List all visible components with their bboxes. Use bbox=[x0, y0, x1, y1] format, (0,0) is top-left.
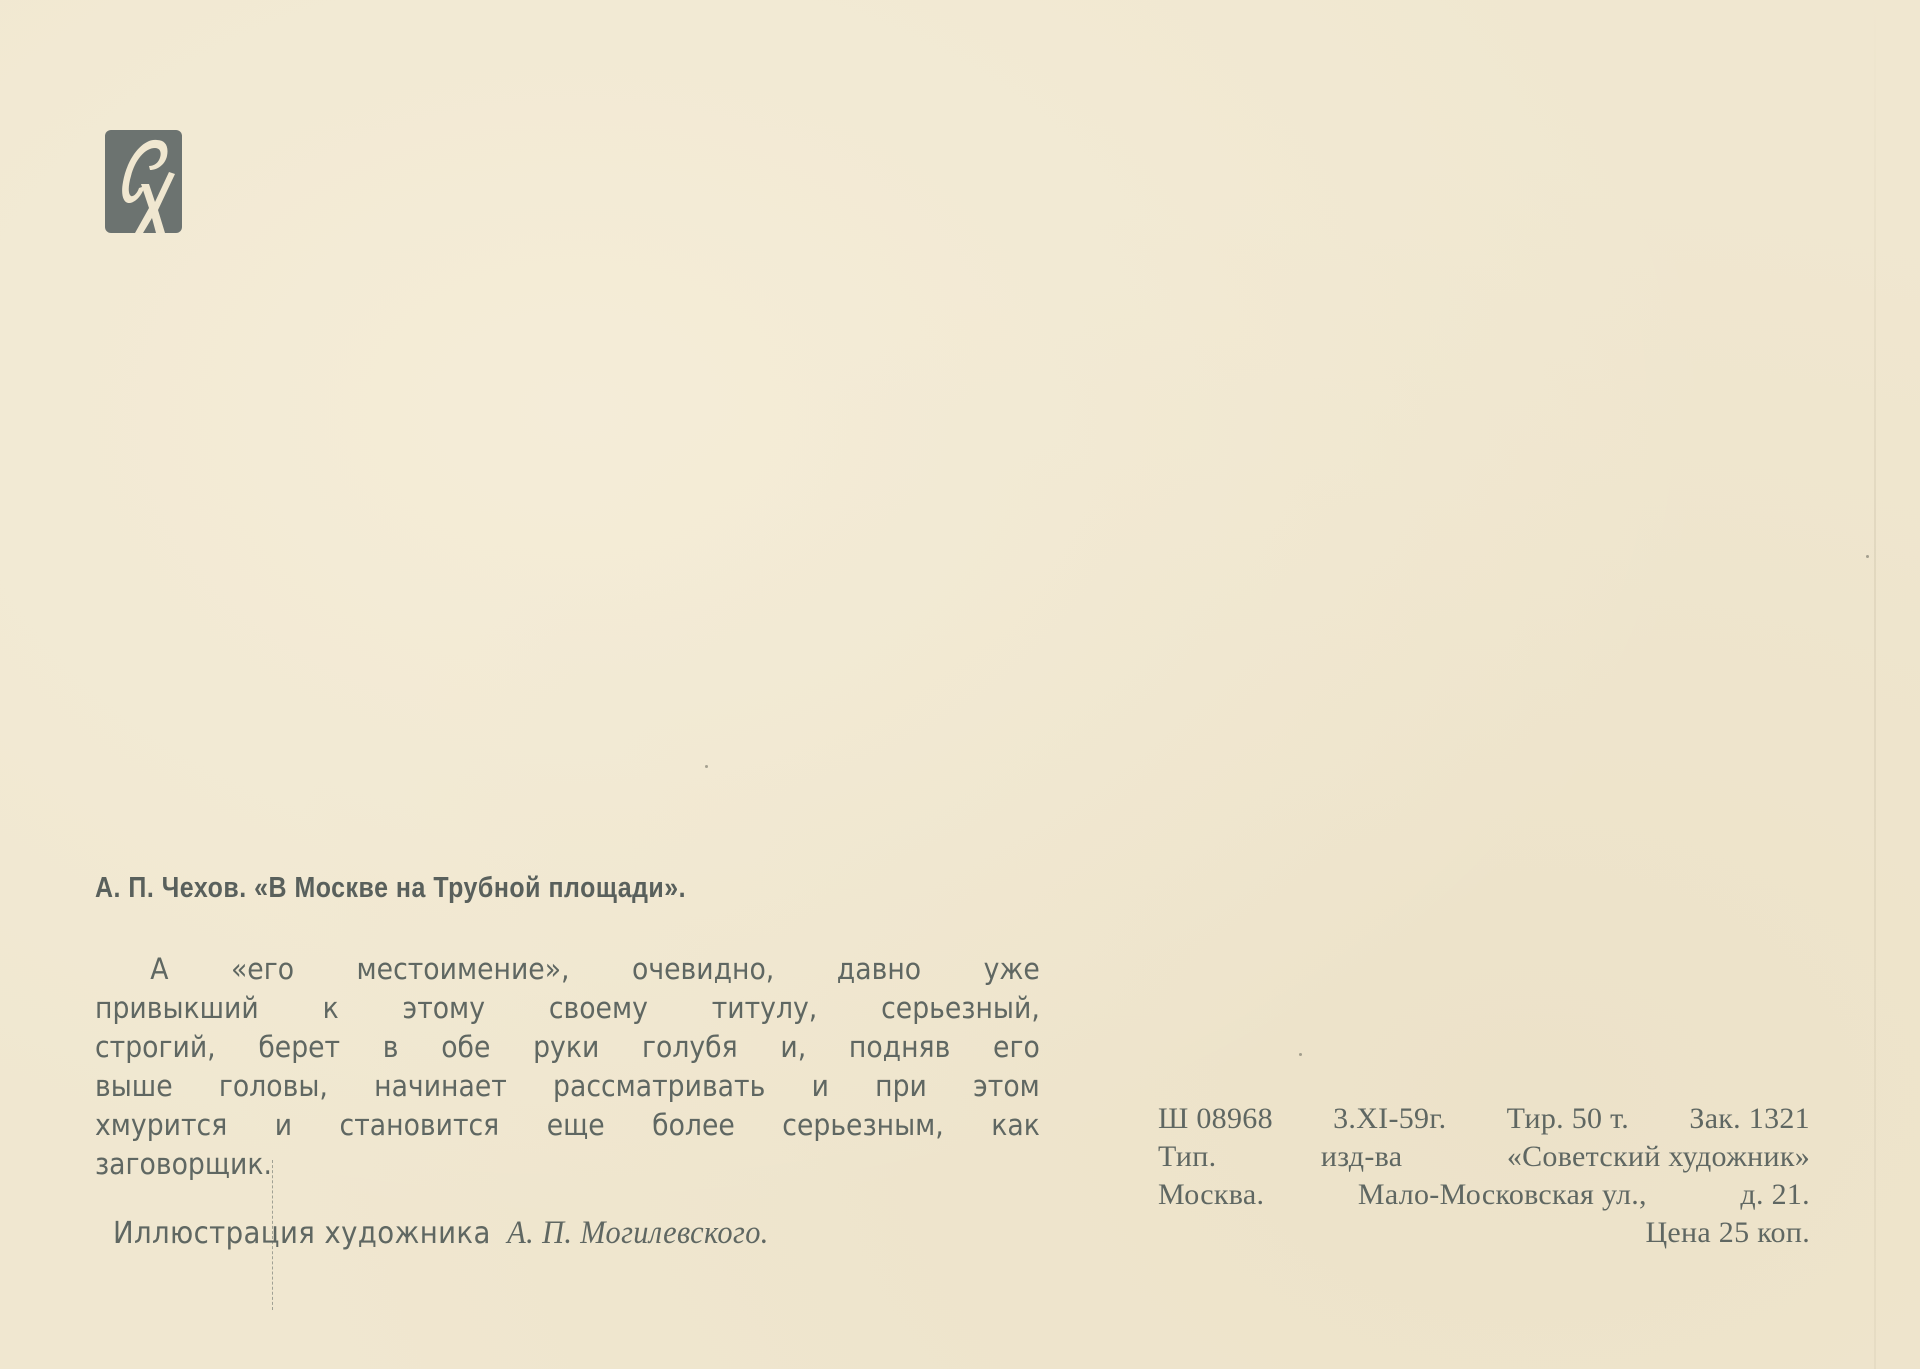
word: более bbox=[652, 1106, 735, 1145]
word: и bbox=[812, 1067, 829, 1106]
word: давно bbox=[837, 950, 921, 989]
imprint-line-3: Москва. Мало-Московская ул., д. 21. bbox=[1158, 1176, 1810, 1214]
imprint-price-line: Цена 25 коп. bbox=[1158, 1214, 1810, 1252]
word: как bbox=[991, 1106, 1040, 1145]
quote-line-4: выше головы, начинает рассматривать и пр… bbox=[95, 1067, 1040, 1106]
paper-speck bbox=[705, 765, 708, 768]
word: обе bbox=[441, 1028, 490, 1067]
word: становится bbox=[340, 1106, 500, 1145]
printing-house-label: Тип. bbox=[1158, 1138, 1216, 1176]
word: голубя bbox=[642, 1028, 738, 1067]
catalog-code: Ш 08968 bbox=[1158, 1100, 1273, 1138]
quote-line-3: строгий, берет в обе руки голубя и, подн… bbox=[95, 1028, 1040, 1067]
word: в bbox=[383, 1028, 399, 1067]
word: рассматривать bbox=[553, 1067, 765, 1106]
word: уже bbox=[984, 950, 1040, 989]
word: заговорщик. bbox=[95, 1145, 272, 1184]
publisher-logo bbox=[105, 130, 182, 233]
street: Мало-Московская ул., bbox=[1358, 1176, 1647, 1214]
quote-line-6: заговорщик. bbox=[95, 1145, 1040, 1184]
word: титулу, bbox=[712, 989, 818, 1028]
house-number: д. 21. bbox=[1740, 1176, 1810, 1214]
word: к bbox=[323, 989, 339, 1028]
word: местоимение», bbox=[357, 950, 570, 989]
publisher-name: «Советский художник» bbox=[1507, 1138, 1810, 1176]
word: его bbox=[993, 1028, 1040, 1067]
word: серьезным, bbox=[782, 1106, 943, 1145]
print-date: 3.XI-59г. bbox=[1333, 1100, 1446, 1138]
credit-prefix: Иллюстрация художника bbox=[113, 1216, 491, 1251]
word: подняв bbox=[849, 1028, 950, 1067]
paper-speck bbox=[1866, 555, 1869, 558]
word: головы, bbox=[219, 1067, 328, 1106]
word: строгий, bbox=[95, 1028, 216, 1067]
quote-paragraph: А «его местоимение», очевидно, давно уже… bbox=[95, 950, 1040, 1184]
price: Цена 25 коп. bbox=[1645, 1214, 1810, 1252]
word: при bbox=[875, 1067, 927, 1106]
print-run: Тир. 50 т. bbox=[1507, 1100, 1630, 1138]
word: «его bbox=[231, 950, 294, 989]
quote-line-2: привыкший к этому своему титулу, серьезн… bbox=[95, 989, 1040, 1028]
word: и bbox=[275, 1106, 292, 1145]
word: очевидно, bbox=[632, 950, 774, 989]
imprint-line-2: Тип. изд-ва «Советский художник» bbox=[1158, 1138, 1810, 1176]
word: берет bbox=[258, 1028, 340, 1067]
postcard-title: А. П. Чехов. «В Москве на Трубной площад… bbox=[95, 872, 686, 905]
word: этому bbox=[403, 989, 485, 1028]
quote-line-1: А «его местоимение», очевидно, давно уже bbox=[95, 950, 1040, 989]
paper-speck bbox=[1299, 1053, 1302, 1056]
illustration-credit: Иллюстрация художника А. П. Могилевского… bbox=[113, 1215, 769, 1252]
postcard-back: А. П. Чехов. «В Москве на Трубной площад… bbox=[0, 0, 1920, 1369]
publisher-imprint: Ш 08968 3.XI-59г. Тир. 50 т. Зак. 1321 Т… bbox=[1158, 1100, 1810, 1252]
word: серьезный, bbox=[881, 989, 1040, 1028]
word: начинает bbox=[374, 1067, 507, 1106]
print-registration-mark bbox=[272, 1160, 274, 1310]
word: этом bbox=[973, 1067, 1040, 1106]
word: выше bbox=[95, 1067, 173, 1106]
sovetsky-khudozhnik-monogram-icon bbox=[105, 130, 182, 233]
city: Москва. bbox=[1158, 1176, 1264, 1214]
word: хмурится bbox=[95, 1106, 227, 1145]
publisher-prefix: изд-ва bbox=[1321, 1138, 1403, 1176]
artist-name: А. П. Могилевского. bbox=[507, 1215, 768, 1251]
word: своему bbox=[549, 989, 648, 1028]
paper-edge bbox=[1874, 0, 1876, 1369]
imprint-line-1: Ш 08968 3.XI-59г. Тир. 50 т. Зак. 1321 bbox=[1158, 1100, 1810, 1138]
quote-line-5: хмурится и становится еще более серьезны… bbox=[95, 1106, 1040, 1145]
word: еще bbox=[547, 1106, 605, 1145]
word: и, bbox=[780, 1028, 806, 1067]
word: А bbox=[150, 950, 168, 989]
word: руки bbox=[533, 1028, 599, 1067]
order-number: Зак. 1321 bbox=[1689, 1100, 1810, 1138]
word: привыкший bbox=[95, 989, 259, 1028]
